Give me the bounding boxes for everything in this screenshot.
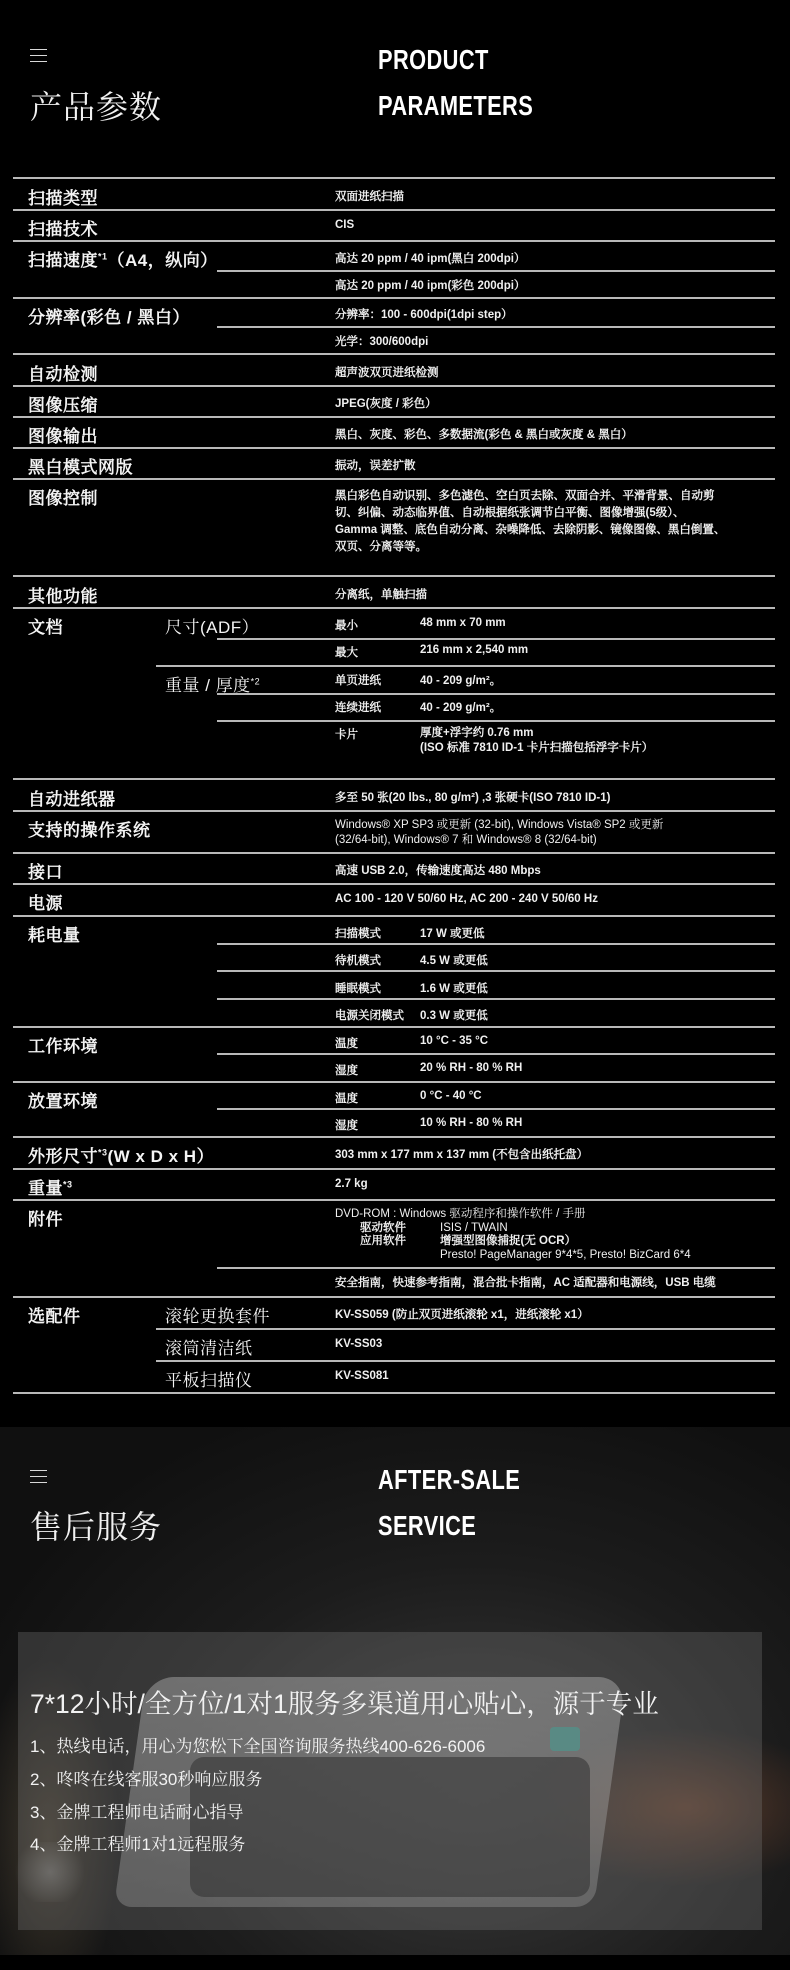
divider xyxy=(13,297,775,299)
spec-sub-value: 10 °C - 35 °C xyxy=(420,1035,488,1047)
spec-value-image-control: 黑白彩色自动识别、多色滤色、空白页去除、双面合并、平滑背景、自动剪 切、纠偏、动… xyxy=(335,488,725,556)
spec-sub-key: 睡眠模式 xyxy=(335,980,381,996)
spec-value-scan-type: 双面进纸扫描 xyxy=(335,188,404,204)
divider xyxy=(156,665,775,667)
params-header: 产品参数 PRODUCT PARAMETERS xyxy=(0,0,790,175)
hamburger-menu-icon[interactable] xyxy=(30,1470,47,1484)
divider xyxy=(217,270,775,272)
divider xyxy=(13,1199,775,1201)
spec-sub-value: 1.6 W 或更低 xyxy=(420,980,488,996)
spec-value-optical: 光学：300/600dpi xyxy=(335,333,428,349)
spec-value-output: 黑白、灰度、彩色、多数据流(彩色 & 黑白或灰度 & 黑白） xyxy=(335,426,633,442)
divider xyxy=(156,1360,775,1362)
spec-value-other: 分离纸，单触扫描 xyxy=(335,586,427,602)
divider xyxy=(13,575,775,577)
spec-label-other: 其他功能 xyxy=(28,582,98,607)
divider xyxy=(217,1108,775,1110)
divider xyxy=(156,1328,775,1330)
spec-label-weight: 重量*3 xyxy=(28,1174,73,1199)
divider xyxy=(13,778,775,780)
divider xyxy=(217,638,775,640)
spec-sub-value: 40 - 209 g/m²。 xyxy=(420,672,501,688)
divider xyxy=(13,209,775,211)
divider xyxy=(13,1168,775,1170)
hamburger-menu-icon[interactable] xyxy=(30,49,47,63)
service-item-online: 2、咚咚在线客服30秒响应服务 xyxy=(30,1765,262,1790)
spec-sub-value: 0 °C - 40 °C xyxy=(420,1090,482,1102)
option-model: KV-SS081 xyxy=(335,1370,389,1382)
spec-value-scan-speed-color: 高达 20 ppm / 40 ipm(彩色 200dpi） xyxy=(335,277,525,293)
divider xyxy=(13,915,775,917)
spec-value-weight: 2.7 kg xyxy=(335,1178,368,1190)
spec-label-halftone: 黑白模式网版 xyxy=(28,453,133,478)
divider xyxy=(13,478,775,480)
title-en-line2: PARAMETERS xyxy=(378,83,533,129)
spec-label-scan-type: 扫描类型 xyxy=(28,184,98,209)
spec-value-adf: 多至 50 张(20 lbs., 80 g/m²) ,3 张硬卡(ISO 781… xyxy=(335,789,610,805)
spec-sub-value: 0.3 W 或更低 xyxy=(420,1007,488,1023)
spec-label-image-control: 图像控制 xyxy=(28,484,98,509)
title-en-line1: PRODUCT xyxy=(378,37,533,83)
divider xyxy=(13,416,775,418)
spec-label-power: 电源 xyxy=(28,889,63,914)
spec-label-scan-speed: 扫描速度*1（A4，纵向） xyxy=(28,246,218,271)
spec-sub-key: 最小 xyxy=(335,617,358,633)
title-en-line2: SERVICE xyxy=(378,1503,520,1549)
divider xyxy=(217,970,775,972)
spec-label-document: 文档 xyxy=(28,613,63,638)
title-en-line1: AFTER-SALE xyxy=(378,1457,520,1503)
divider xyxy=(13,1392,775,1394)
spec-sub-value: 48 mm x 70 mm xyxy=(420,617,506,629)
spec-label-dimensions: 外形尺寸*3(W x D x H） xyxy=(28,1142,214,1167)
spec-sub-key: 温度 xyxy=(335,1035,358,1051)
spec-label-consumption: 耗电量 xyxy=(28,921,81,946)
option-model: KV-SS059 (防止双页进纸滚轮 x1，进纸滚轮 x1） xyxy=(335,1306,589,1322)
spec-sub-key: 卡片 xyxy=(335,726,358,742)
spec-value-scan-tech: CIS xyxy=(335,219,354,231)
spec-label-accessories: 附件 xyxy=(28,1205,63,1230)
spec-value-power: AC 100 - 120 V 50/60 Hz, AC 200 - 240 V … xyxy=(335,893,598,905)
divider xyxy=(217,720,775,722)
divider xyxy=(13,852,775,854)
spec-sub-value: 4.5 W 或更低 xyxy=(420,952,488,968)
service-item-hotline: 1、热线电话，用心为您松下全国咨询服务热线400-626-6006 xyxy=(30,1732,485,1757)
page-title-en: PRODUCT PARAMETERS xyxy=(378,37,533,129)
divider xyxy=(13,1026,775,1028)
service-item-phone-guide: 3、金牌工程师电话耐心指导 xyxy=(30,1798,243,1823)
spec-sub-key: 湿度 xyxy=(335,1062,358,1078)
spec-value-resolution: 分辨率：100 - 600dpi(1dpi step） xyxy=(335,306,513,322)
divider xyxy=(217,998,775,1000)
spec-label-auto-detect: 自动检测 xyxy=(28,360,98,385)
divider xyxy=(13,1136,775,1138)
divider xyxy=(13,385,775,387)
service-item-remote: 4、金牌工程师1对1远程服务 xyxy=(30,1830,245,1855)
divider xyxy=(217,1267,775,1269)
spec-label-scan-tech: 扫描技术 xyxy=(28,215,98,240)
spec-sub-key: 待机模式 xyxy=(335,952,381,968)
divider xyxy=(13,353,775,355)
spec-sub-key: 单页进纸 xyxy=(335,672,381,688)
divider xyxy=(13,447,775,449)
spec-value-accessories-other: 安全指南，快速参考指南，混合批卡指南，AC 适配器和电源线，USB 电缆 xyxy=(335,1274,716,1290)
spec-value-interface: 高速 USB 2.0，传输速度高达 480 Mbps xyxy=(335,862,541,878)
spec-label-compression: 图像压缩 xyxy=(28,391,98,416)
divider xyxy=(13,883,775,885)
option-name: 滚筒清洁纸 xyxy=(165,1334,253,1359)
option-name: 滚轮更换套件 xyxy=(165,1302,270,1327)
divider xyxy=(217,1053,775,1055)
divider xyxy=(13,1296,775,1298)
bottom-bar xyxy=(0,1955,790,1970)
page-title-cn: 产品参数 xyxy=(30,82,162,128)
divider xyxy=(13,810,775,812)
divider xyxy=(13,177,775,179)
spec-value-dimensions: 303 mm x 177 mm x 137 mm (不包含出纸托盘） xyxy=(335,1146,588,1162)
spec-label-os: 支持的操作系统 xyxy=(28,816,151,841)
spec-sub-key: 连续进纸 xyxy=(335,699,381,715)
service-headline: 7*12小时/全方位/1对1服务多渠道用心贴心，源于专业 xyxy=(30,1682,659,1721)
spec-sub-value: 10 % RH - 80 % RH xyxy=(420,1117,522,1129)
after-sale-title-cn: 售后服务 xyxy=(30,1502,162,1548)
spec-sub-key: 湿度 xyxy=(335,1117,358,1133)
spec-label-op-env: 工作环境 xyxy=(28,1032,98,1057)
spec-sub-key: 最大 xyxy=(335,644,358,660)
divider xyxy=(13,1081,775,1083)
after-sale-title-en: AFTER-SALE SERVICE xyxy=(378,1457,520,1549)
spec-sub-value: 216 mm x 2,540 mm xyxy=(420,644,528,656)
after-sale-section: 售后服务 AFTER-SALE SERVICE 7*12小时/全方位/1对1服务… xyxy=(0,1427,790,1962)
page: 产品参数 PRODUCT PARAMETERS 扫描类型 双面进纸扫描 扫描技术… xyxy=(0,0,790,1970)
spec-label-output: 图像输出 xyxy=(28,422,98,447)
spec-value-accessories: DVD-ROM : Windows 驱动程序和操作软件 / 手册 驱动软件ISI… xyxy=(335,1208,691,1262)
spec-sub-key: 温度 xyxy=(335,1090,358,1106)
spec-sub-key: 扫描模式 xyxy=(335,925,381,941)
option-name: 平板扫描仪 xyxy=(165,1366,253,1391)
spec-value-os: Windows® XP SP3 或更新 (32-bit), Windows Vi… xyxy=(335,818,663,848)
spec-value-auto-detect: 超声波双页进纸检测 xyxy=(335,364,439,380)
spec-sub-value: 40 - 209 g/m²。 xyxy=(420,699,501,715)
spec-sub-value: 20 % RH - 80 % RH xyxy=(420,1062,522,1074)
spec-label-adf: 自动进纸器 xyxy=(28,785,116,810)
divider xyxy=(217,693,775,695)
spec-value-halftone: 振动，误差扩散 xyxy=(335,457,416,473)
divider xyxy=(217,326,775,328)
spec-label-storage-env: 放置环境 xyxy=(28,1087,98,1112)
spec-sub-key: 电源关闭模式 xyxy=(335,1007,404,1023)
divider xyxy=(13,240,775,242)
divider xyxy=(217,943,775,945)
spec-sub-value: 17 W 或更低 xyxy=(420,925,485,941)
option-model: KV-SS03 xyxy=(335,1338,382,1350)
divider xyxy=(13,607,775,609)
spec-label-doc-size: 尺寸(ADF） xyxy=(165,613,259,638)
spec-value-compression: JPEG(灰度 / 彩色） xyxy=(335,395,437,411)
spec-value-scan-speed-bw: 高达 20 ppm / 40 ipm(黑白 200dpi） xyxy=(335,250,525,266)
spec-label-resolution: 分辨率(彩色 / 黑白） xyxy=(28,303,190,328)
spec-sub-value: 厚度+浮字约 0.76 mm (ISO 标准 7810 ID-1 卡片扫描包括浮… xyxy=(420,726,653,756)
spec-label-interface: 接口 xyxy=(28,858,63,883)
spec-label-options: 选配件 xyxy=(28,1302,81,1327)
